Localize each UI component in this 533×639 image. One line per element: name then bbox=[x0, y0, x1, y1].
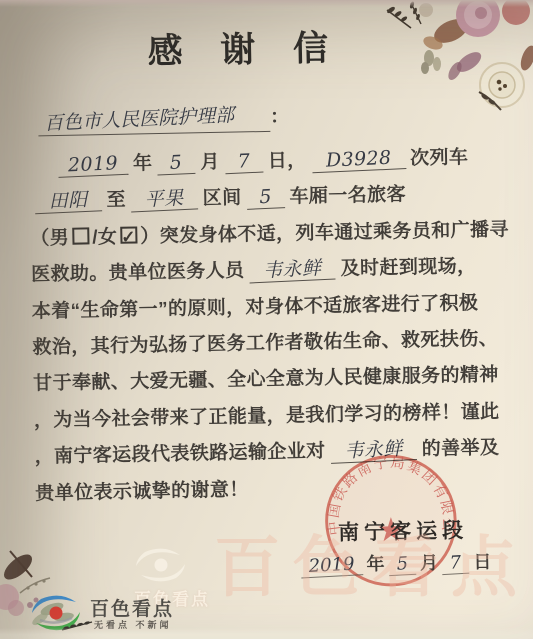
letter-content: 感 谢 信 百色市人民医院护理部： 2019年5月7日，D3928次列车 田阳至… bbox=[0, 0, 533, 639]
printed-text: 及时赶到现场， bbox=[340, 256, 476, 280]
salutation-line: 百色市人民医院护理部： bbox=[38, 102, 290, 137]
handwritten-day: 7 bbox=[224, 151, 263, 175]
printed-text: ，为当今社会带来了正能量，是我们学习的榜样！谨此 bbox=[34, 401, 500, 431]
printed-text: 医救助。贵单位医务人员 bbox=[31, 261, 245, 286]
handwritten-date-month: 5 bbox=[388, 553, 417, 576]
printed-text: ，南宁客运段代表铁路运输企业对 bbox=[34, 441, 325, 468]
handwritten-date-year: 2019 bbox=[300, 553, 363, 578]
handwritten-year: 2019 bbox=[58, 153, 129, 178]
printed-text: 年 bbox=[133, 153, 153, 174]
printed-text: ）突发身体不适，列车通过乘务员和广播寻 bbox=[140, 219, 509, 247]
day-label: 日 bbox=[473, 552, 491, 572]
printed-text: 日， bbox=[268, 150, 307, 172]
handwritten-date-day: 7 bbox=[441, 552, 470, 575]
handwritten-station-to: 平果 bbox=[130, 188, 198, 213]
printed-text: 次列车 bbox=[410, 147, 469, 169]
printed-text: 本着“生命第一”的原则，对身体不适旅客进行了积极 bbox=[32, 292, 479, 322]
handwritten-month: 5 bbox=[157, 152, 196, 176]
letter-title: 感 谢 信 bbox=[0, 18, 495, 78]
photo-bottom-edge bbox=[0, 628, 533, 639]
printed-text: 贵单位表示诚挚的谢意！ bbox=[35, 479, 249, 504]
checkbox-female-checkmark: ✓ bbox=[121, 219, 136, 256]
printed-text: /女 bbox=[92, 227, 117, 248]
printed-text: 区间 bbox=[203, 188, 242, 210]
date-line: 2019年5月7日 bbox=[300, 548, 495, 578]
printed-text: 月 bbox=[200, 152, 220, 173]
handwritten-train-number: D3928 bbox=[311, 147, 405, 173]
handwritten-staff-name: 韦永鲜 bbox=[249, 258, 336, 284]
printed-text: 甘于奉献、大爱无疆、全心全意为人民健康服务的精神 bbox=[33, 365, 499, 395]
recipient-name: 百色市人民医院护理部 bbox=[44, 100, 235, 136]
printed-text: （男 bbox=[30, 228, 69, 250]
checkbox-female: ✓ bbox=[120, 226, 137, 243]
signature: 南宁客运段 bbox=[338, 514, 469, 546]
letter-photo: 感 谢 信 百色市人民医院护理部： 2019年5月7日，D3928次列车 田阳至… bbox=[0, 0, 533, 639]
salutation-colon: ： bbox=[270, 107, 289, 128]
printed-text: 至 bbox=[106, 190, 126, 211]
year-label: 年 bbox=[366, 554, 384, 574]
photo-top-edge bbox=[0, 0, 533, 7]
handwritten-station-from: 田阳 bbox=[34, 190, 102, 215]
printed-text: 车厢一名旅客 bbox=[289, 185, 406, 208]
month-label: 月 bbox=[420, 553, 438, 573]
checkbox-male bbox=[72, 227, 89, 244]
handwritten-carriage: 5 bbox=[246, 187, 285, 211]
printed-text: 救治，其行为弘扬了医务工作者敬佑生命、救死扶伤、 bbox=[32, 329, 498, 359]
